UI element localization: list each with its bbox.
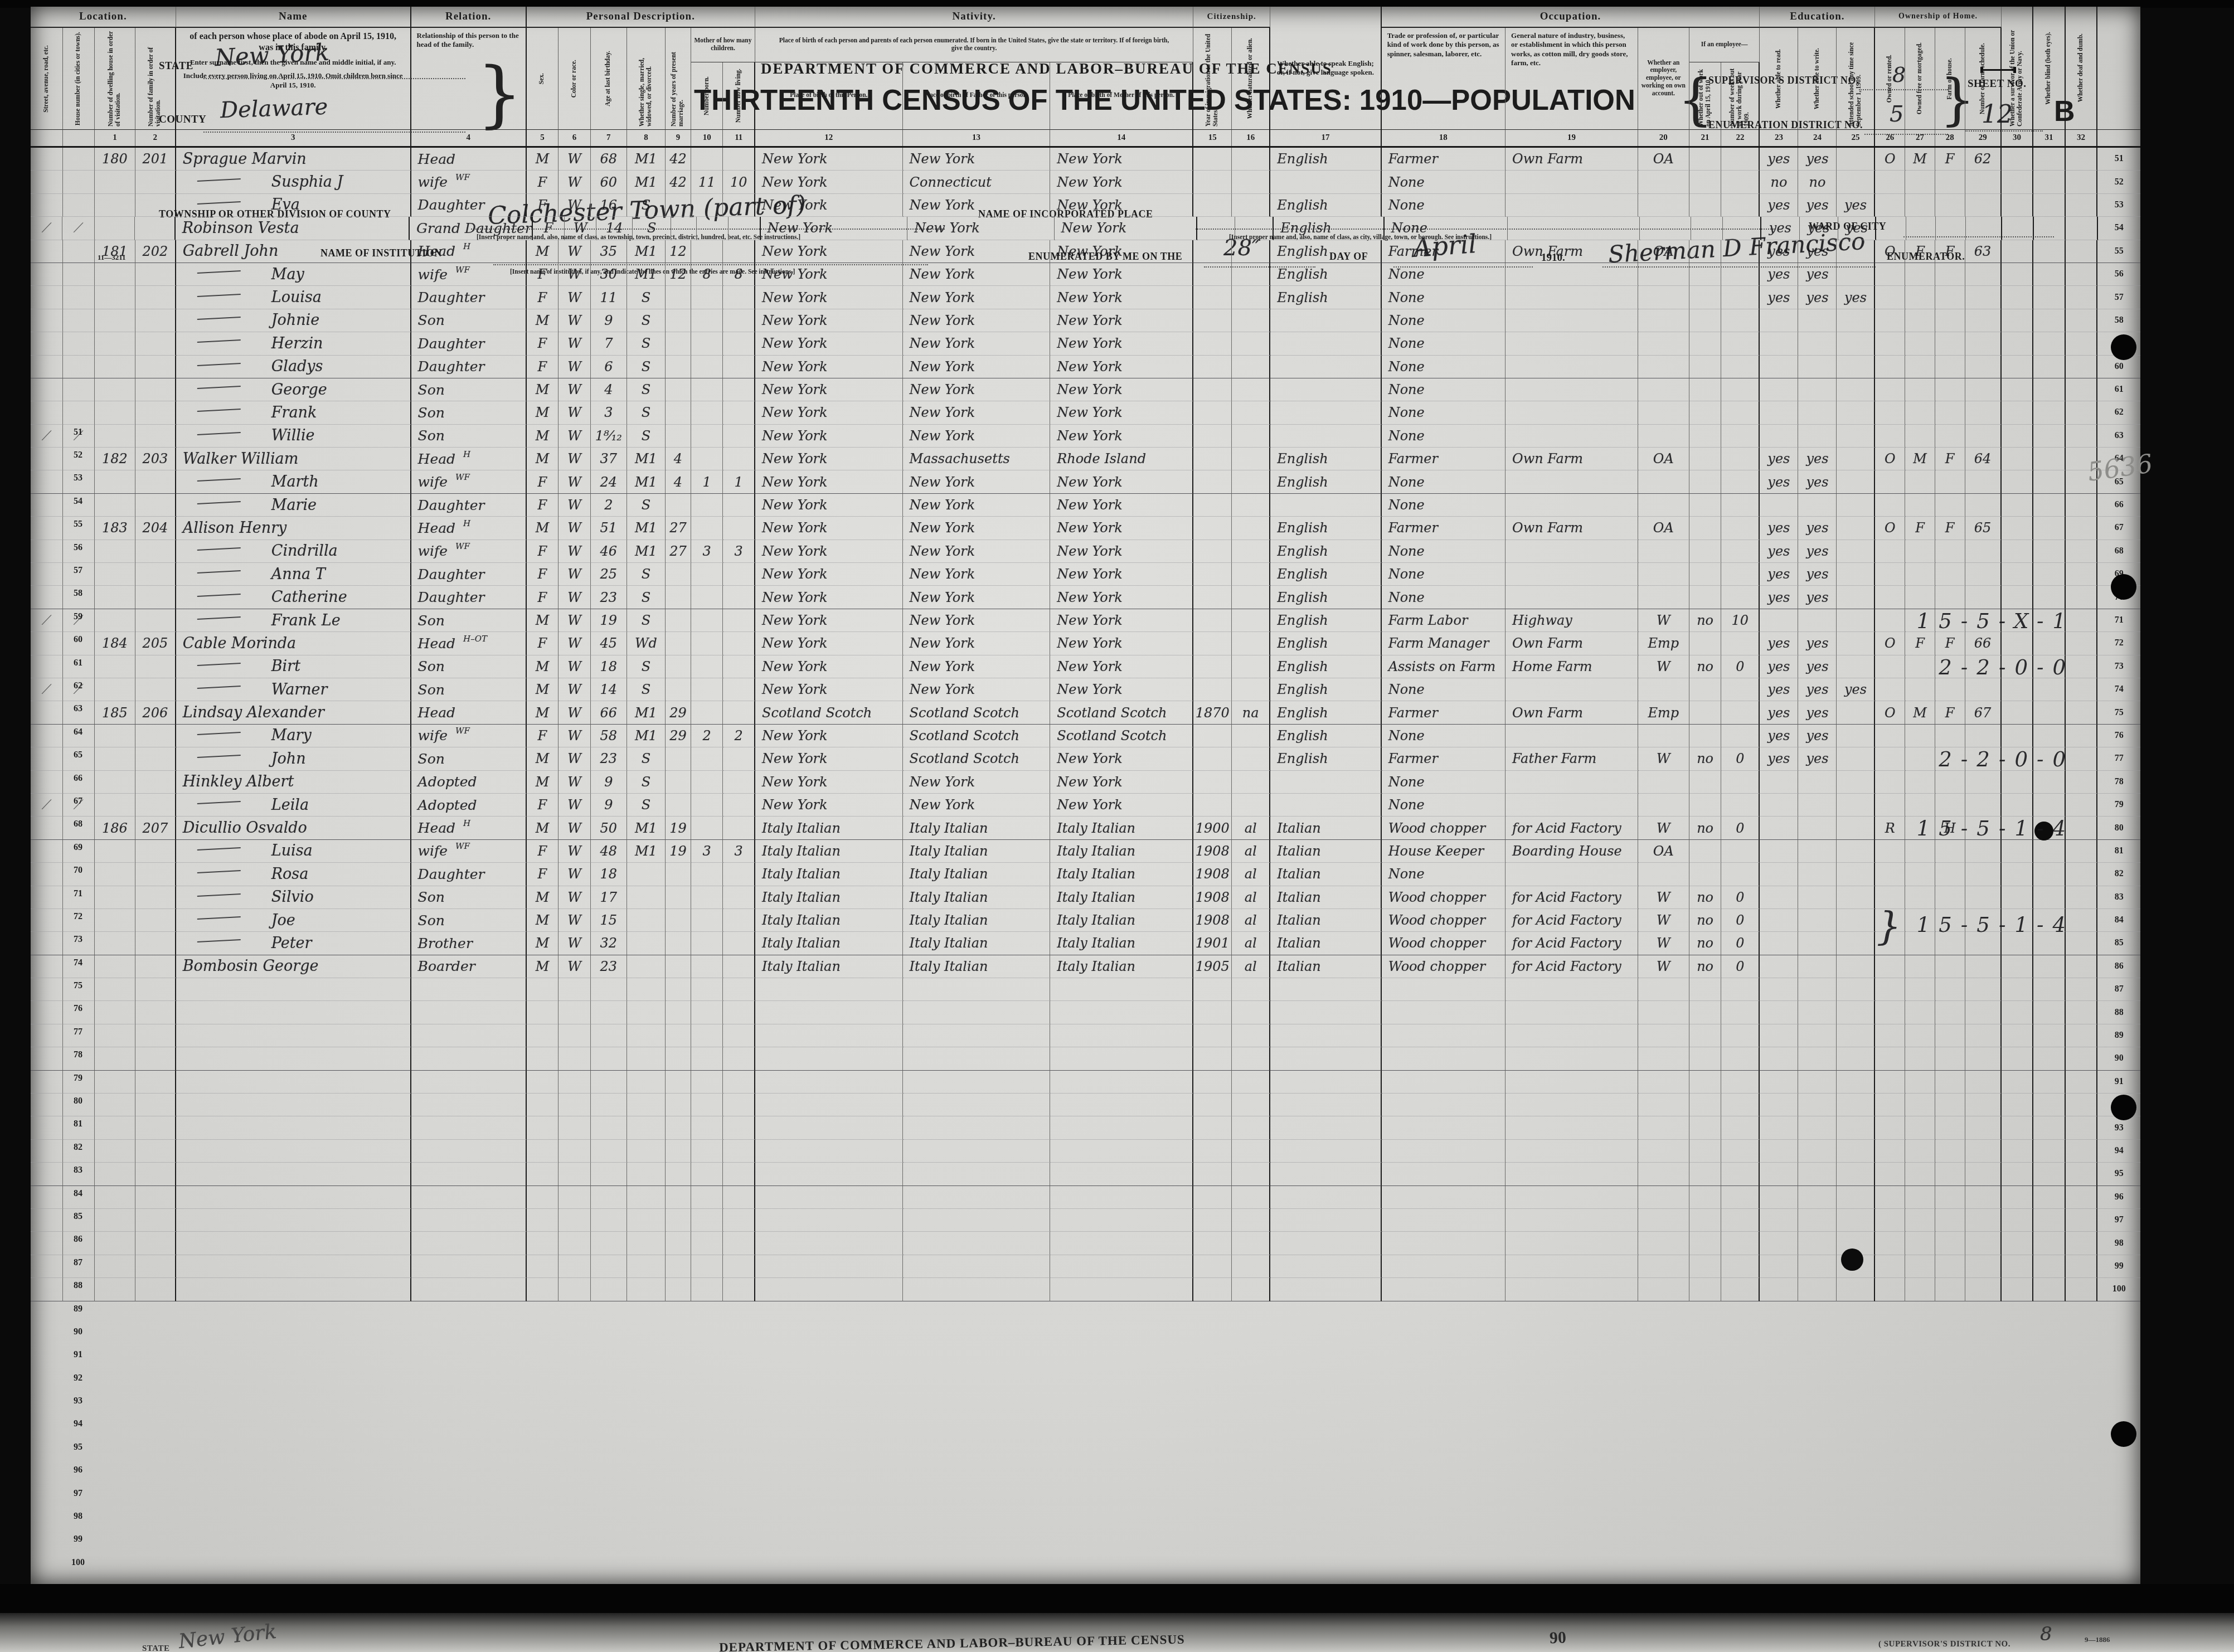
cell-i	[1505, 194, 1638, 217]
cell-cl	[723, 1163, 755, 1185]
cell-cb: 3	[691, 840, 723, 863]
cell-fh	[1935, 1071, 1965, 1094]
cell-vt	[2002, 448, 2034, 470]
line-number-left: 66	[64, 767, 92, 790]
cell-a: 48	[591, 840, 627, 863]
cell-cl: 1	[723, 470, 755, 493]
cell-e: OA	[1638, 148, 1689, 171]
cell-sch	[1837, 1140, 1875, 1163]
cell-fr	[1905, 425, 1935, 448]
line-number-left: 81	[64, 1113, 92, 1136]
line-number-right: 94	[2097, 1140, 2140, 1163]
cell-lg	[1270, 356, 1381, 378]
cell-vt	[2002, 309, 2034, 332]
cell-i	[1505, 1140, 1638, 1163]
cell-i: for Acid Factory	[1505, 909, 1638, 932]
cell-a: 58	[591, 725, 627, 747]
cell-wk	[1721, 171, 1760, 193]
cell-sc	[1965, 1140, 2002, 1163]
col-read: Whether able to read.	[1760, 28, 1798, 129]
cell-wr: yes	[1798, 470, 1837, 493]
cell-t: None	[1382, 286, 1505, 309]
cell-df	[2066, 309, 2098, 332]
cell-na	[1232, 1186, 1270, 1209]
cell-f	[135, 1116, 176, 1139]
next-supervisor-value: 8	[2040, 1623, 2052, 1645]
line-number-right: 68	[2097, 540, 2140, 563]
cell-r	[411, 1116, 527, 1139]
cell-sc	[1965, 1024, 2002, 1047]
cell-cb	[691, 286, 723, 309]
cell-wr	[1798, 309, 1837, 332]
cell-wk: 10	[1721, 609, 1760, 632]
cell-rd: yes	[1760, 470, 1798, 493]
col-free-mortgaged: Owned free or mortgaged.	[1905, 28, 1935, 129]
cell-y	[666, 909, 691, 932]
cell-t: None	[1382, 725, 1505, 747]
cell-wr: yes	[1798, 678, 1837, 701]
line-number-left: 80	[64, 1090, 92, 1112]
cell-cl	[723, 678, 755, 701]
column-number: 8	[627, 129, 666, 146]
column-number: 14	[1050, 129, 1193, 146]
cell-vt	[2002, 517, 2034, 540]
cell-r	[411, 1001, 527, 1024]
cell-c: W	[558, 470, 591, 493]
col-blind: Whether blind (both eyes).	[2033, 7, 2066, 129]
cell-y	[666, 1255, 691, 1278]
cell-c: W	[558, 171, 591, 193]
cell-y	[666, 286, 691, 309]
cell-rd: no	[1760, 171, 1798, 193]
cell-n: George	[176, 378, 411, 401]
cell-t: Wood chopper	[1382, 955, 1505, 978]
cell-cb	[691, 609, 723, 632]
cell-d	[95, 1163, 135, 1185]
cell-bl	[2033, 240, 2066, 263]
cell-ow	[1689, 1140, 1722, 1163]
cell-sch	[1837, 1186, 1875, 1209]
cell-fr	[1905, 840, 1935, 863]
cell-sc	[1965, 863, 2002, 886]
cell-st	[31, 1255, 63, 1278]
cell-cb	[691, 332, 723, 355]
cell-vt	[2002, 771, 2034, 794]
line-number-right: 79	[2097, 794, 2140, 817]
cell-bm: New York	[1050, 563, 1193, 586]
cell-na	[1232, 1001, 1270, 1024]
cell-sch: yes	[1838, 217, 1877, 240]
cell-sc	[1965, 1186, 2002, 1209]
cell-e: OA	[1638, 448, 1689, 470]
cell-d	[95, 286, 135, 309]
cell-im	[1193, 978, 1232, 1001]
cell-i: for Acid Factory	[1505, 817, 1638, 839]
cell-fr	[1905, 1047, 1935, 1070]
cell-r	[411, 1278, 527, 1301]
cell-c: W	[558, 263, 591, 286]
cell-st	[31, 978, 63, 1001]
cell-c: W	[558, 540, 591, 563]
col-industry: General nature of industry, business, or…	[1505, 28, 1638, 129]
cell-bm: Italy Italian	[1050, 817, 1193, 839]
cell-t: None	[1382, 863, 1505, 886]
cell-fh	[1935, 194, 1965, 217]
cell-sc: 63	[1965, 240, 2002, 263]
column-number: 15	[1193, 129, 1232, 146]
cell-fh	[1935, 725, 1965, 747]
column-number: 27	[1905, 129, 1935, 146]
cell-i	[1505, 378, 1638, 401]
cell-df	[2066, 540, 2098, 563]
cell-fr	[1905, 494, 1935, 517]
cell-wr	[1798, 1209, 1837, 1232]
line-number-right: 81	[2097, 840, 2140, 863]
cell-y	[666, 1186, 691, 1209]
cell-sx: M	[527, 309, 559, 332]
cell-sc	[1965, 840, 2002, 863]
cell-c	[558, 1001, 591, 1024]
cell-wk	[1721, 632, 1760, 655]
cell-df	[2066, 1001, 2098, 1024]
cell-n: Sprague Marvin	[176, 148, 411, 171]
cell-bf: New York	[903, 309, 1051, 332]
cell-m	[627, 1001, 666, 1024]
cell-sx: F	[527, 263, 559, 286]
cell-rd	[1760, 425, 1798, 448]
cell-d: 185	[95, 701, 135, 724]
cell-im	[1193, 609, 1232, 632]
cell-wk	[1721, 1209, 1760, 1232]
cell-a	[591, 1094, 627, 1116]
cell-n: Peter	[176, 932, 411, 955]
cell-lg: English	[1270, 678, 1381, 701]
cell-rd	[1760, 886, 1798, 909]
cell-sx: M	[527, 678, 559, 701]
cell-e	[1638, 171, 1689, 193]
cell-d	[95, 955, 135, 978]
cell-sch	[1837, 1116, 1875, 1139]
line-number-left: 88	[64, 1274, 92, 1297]
cell-lg	[1270, 1209, 1381, 1232]
cell-df	[2066, 378, 2098, 401]
line-number-right: 84	[2097, 909, 2140, 932]
cell-m: S	[627, 401, 666, 424]
cell-o	[1875, 747, 1905, 770]
cell-f	[135, 356, 176, 378]
cell-bp: New York	[755, 586, 903, 609]
cell-f: 202	[135, 240, 176, 263]
table-row: 100	[31, 1278, 2140, 1301]
cell-fh	[1935, 1186, 1965, 1209]
cell-t: None	[1382, 378, 1505, 401]
cell-sch	[1837, 563, 1875, 586]
cell-rd: yes	[1760, 286, 1798, 309]
cell-ow	[1689, 286, 1722, 309]
table-row: ∕∕Robinson VestaGrand DaughterFW14SNew Y…	[31, 217, 2140, 240]
cell-fr: M	[1905, 148, 1935, 171]
line-number-left: 78	[64, 1044, 92, 1067]
cell-bm: New York	[1050, 171, 1193, 193]
cell-d	[95, 1001, 135, 1024]
cell-sx: M	[527, 909, 559, 932]
cell-m	[627, 909, 666, 932]
cell-r: Daughter	[411, 586, 527, 609]
cell-n: Marth	[176, 470, 411, 493]
cell-cb	[691, 863, 723, 886]
table-row: HerzinDaughterFW7SNew YorkNew YorkNew Yo…	[31, 332, 2140, 355]
cell-bf: Italy Italian	[903, 863, 1051, 886]
cell-df	[2066, 725, 2098, 747]
cell-d	[95, 401, 135, 424]
cell-bf: Italy Italian	[903, 840, 1051, 863]
cell-e: W	[1638, 932, 1689, 955]
cell-lg: English	[1270, 609, 1381, 632]
cell-d	[95, 171, 135, 193]
cell-m	[627, 1047, 666, 1070]
cell-fr	[1906, 217, 1936, 240]
cell-sx: F	[527, 332, 559, 355]
cell-fr: F	[1905, 517, 1935, 540]
cell-f	[135, 217, 176, 240]
cell-bp: New York	[755, 309, 903, 332]
cell-sc	[1965, 332, 2002, 355]
line-number-right: 88	[2097, 1001, 2140, 1024]
cell-sch	[1837, 470, 1875, 493]
cell-o	[1875, 1186, 1905, 1209]
cell-df	[2066, 1094, 2098, 1116]
cell-o	[1875, 194, 1905, 217]
cell-f	[135, 1140, 176, 1163]
cell-n	[176, 1001, 411, 1024]
cell-bm: New York	[1050, 586, 1193, 609]
cell-r: Daughter	[411, 286, 527, 309]
cell-lg: Italian	[1270, 909, 1381, 932]
cell-st	[31, 632, 63, 655]
table-row: ∕∕LeilaAdoptedFW9SNew YorkNew YorkNew Yo…	[31, 794, 2140, 817]
cell-im	[1193, 747, 1232, 770]
cell-m: M1	[627, 240, 666, 263]
table-row: ∕∕WillieSonMW1⁸⁄₁₂SNew YorkNew YorkNew Y…	[31, 425, 2140, 448]
cell-sx: F	[527, 632, 559, 655]
cell-wr	[1798, 1001, 1837, 1024]
next-state-label: State	[142, 1644, 169, 1652]
cell-c: W	[558, 771, 591, 794]
cell-c	[558, 1278, 591, 1301]
line-number-left: 56	[64, 536, 92, 559]
line-number-right: 54	[2098, 217, 2140, 240]
cell-lg	[1270, 1094, 1381, 1116]
cell-sch	[1837, 1001, 1875, 1024]
cell-lg: English	[1270, 470, 1381, 493]
cell-cl	[723, 794, 755, 817]
cell-t: None	[1382, 470, 1505, 493]
table-row: ∕∕Frank LeSonMW19SNew YorkNew YorkNew Yo…	[31, 609, 2140, 632]
cell-f	[135, 932, 176, 955]
cell-wr	[1798, 817, 1837, 839]
cell-vt	[2002, 286, 2034, 309]
cell-t: Wood chopper	[1382, 817, 1505, 839]
cell-y	[666, 1094, 691, 1116]
cell-t	[1382, 1232, 1505, 1255]
cell-sch	[1837, 494, 1875, 517]
cell-a	[591, 1163, 627, 1185]
cell-ow	[1689, 563, 1722, 586]
cell-wk	[1721, 494, 1760, 517]
column-number: 19	[1505, 129, 1638, 146]
cell-cb	[691, 1094, 723, 1116]
cell-bp	[755, 1163, 903, 1185]
cell-cl	[723, 1001, 755, 1024]
cell-na	[1232, 240, 1270, 263]
cell-wk	[1721, 794, 1760, 817]
cell-m: M1	[627, 470, 666, 493]
cell-cl	[723, 978, 755, 1001]
line-number-left: 76	[64, 998, 92, 1021]
cell-bm: New York	[1050, 540, 1193, 563]
cell-fh	[1935, 332, 1965, 355]
cell-bf: Italy Italian	[903, 955, 1051, 978]
cell-sc: 64	[1965, 448, 2002, 470]
cell-fr	[1905, 332, 1935, 355]
cell-vt	[2002, 148, 2034, 171]
cell-d	[95, 194, 135, 217]
cell-fr	[1905, 978, 1935, 1001]
cell-df	[2066, 678, 2098, 701]
cell-fh	[1935, 794, 1965, 817]
cell-m	[627, 1116, 666, 1139]
cell-na	[1235, 217, 1274, 240]
cell-fh	[1935, 771, 1965, 794]
cell-bp: New York	[761, 217, 908, 240]
cell-o	[1875, 1232, 1905, 1255]
cell-bf: Italy Italian	[903, 817, 1051, 839]
cell-ow	[1689, 1186, 1722, 1209]
cell-rd	[1760, 1140, 1798, 1163]
cell-f	[135, 725, 176, 747]
cell-sx: F	[527, 794, 559, 817]
cell-sc	[1965, 1047, 2002, 1070]
col-birth-father: Place of birth of Father of this person.	[903, 62, 1051, 129]
cell-o	[1875, 1094, 1905, 1116]
cell-na	[1232, 771, 1270, 794]
cell-fh	[1935, 1116, 1965, 1139]
cell-m	[627, 863, 666, 886]
cell-r: wifeWF	[411, 263, 527, 286]
cell-c: W	[558, 909, 591, 932]
cell-wk: 0	[1721, 909, 1760, 932]
cell-bm: New York	[1050, 655, 1193, 678]
cell-na	[1232, 401, 1270, 424]
cell-im	[1193, 678, 1232, 701]
cell-sch	[1837, 1071, 1875, 1094]
cell-lg	[1270, 978, 1381, 1001]
cell-t: None	[1382, 794, 1505, 817]
cell-a: 46	[591, 540, 627, 563]
cell-wk	[1721, 309, 1760, 332]
cell-df	[2066, 517, 2098, 540]
cell-y: 42	[666, 148, 691, 171]
cell-bl	[2033, 1001, 2066, 1024]
cell-fr	[1905, 286, 1935, 309]
cell-fr	[1905, 678, 1935, 701]
cell-ow	[1689, 1232, 1722, 1255]
cell-st	[31, 1163, 63, 1185]
cell-bf: New York	[903, 794, 1051, 817]
cell-sx	[527, 1255, 559, 1278]
column-number: 29	[1965, 129, 2002, 146]
cell-fh	[1935, 1163, 1965, 1185]
cell-fr	[1905, 171, 1935, 193]
cell-a: 3	[591, 401, 627, 424]
cell-df	[2066, 1140, 2098, 1163]
line-number-left: 60	[64, 629, 92, 652]
cell-bp: New York	[755, 747, 903, 770]
cell-f	[135, 1094, 176, 1116]
cell-na	[1232, 1094, 1270, 1116]
column-number	[63, 129, 95, 146]
cell-st	[31, 1094, 63, 1116]
cell-f	[135, 1209, 176, 1232]
cell-cl: 3	[723, 840, 755, 863]
cell-a: 24	[591, 470, 627, 493]
cell-t: Wood chopper	[1382, 909, 1505, 932]
cell-cb	[691, 1278, 723, 1301]
line-number-left: 94	[64, 1413, 92, 1436]
cell-vt	[2002, 701, 2034, 724]
cell-sch	[1837, 1047, 1875, 1070]
cell-e	[1638, 1001, 1689, 1024]
line-number-left: 70	[64, 859, 92, 882]
cell-c	[558, 1094, 591, 1116]
table-row: 181202Gabrell JohnHeadHMW35M112New YorkN…	[31, 240, 2140, 263]
cell-bl	[2033, 540, 2066, 563]
cell-bf: New York	[903, 194, 1051, 217]
group-citizenship: Citizenship.	[1193, 7, 1270, 28]
cell-o	[1875, 1163, 1905, 1185]
cell-fr	[1905, 1232, 1935, 1255]
cell-cl	[723, 1255, 755, 1278]
cell-cl	[723, 1071, 755, 1094]
cell-e	[1638, 725, 1689, 747]
cell-bl	[2033, 263, 2066, 286]
line-number-right: 78	[2097, 771, 2140, 794]
line-number-left: 51	[64, 421, 92, 444]
cell-t	[1382, 1140, 1505, 1163]
cell-wr	[1798, 932, 1837, 955]
cell-fh	[1935, 540, 1965, 563]
cell-wr: yes	[1798, 517, 1837, 540]
cell-wk	[1721, 1278, 1760, 1301]
cell-cb	[691, 401, 723, 424]
cell-bf: New York	[903, 563, 1051, 586]
cell-sc	[1965, 1116, 2002, 1139]
cell-d	[95, 609, 135, 632]
line-number-left: 54	[64, 490, 92, 513]
cell-im	[1193, 263, 1232, 286]
column-number	[2097, 129, 2140, 146]
cell-t: Farmer	[1382, 517, 1505, 540]
cell-n: Johnie	[176, 309, 411, 332]
cell-y	[666, 425, 691, 448]
cell-wr	[1798, 494, 1837, 517]
cell-bl	[2033, 563, 2066, 586]
cell-bp: Italy Italian	[755, 886, 903, 909]
cell-sc	[1965, 540, 2002, 563]
cell-cb	[691, 678, 723, 701]
cell-df	[2066, 1047, 2098, 1070]
cell-i: Highway	[1505, 609, 1638, 632]
